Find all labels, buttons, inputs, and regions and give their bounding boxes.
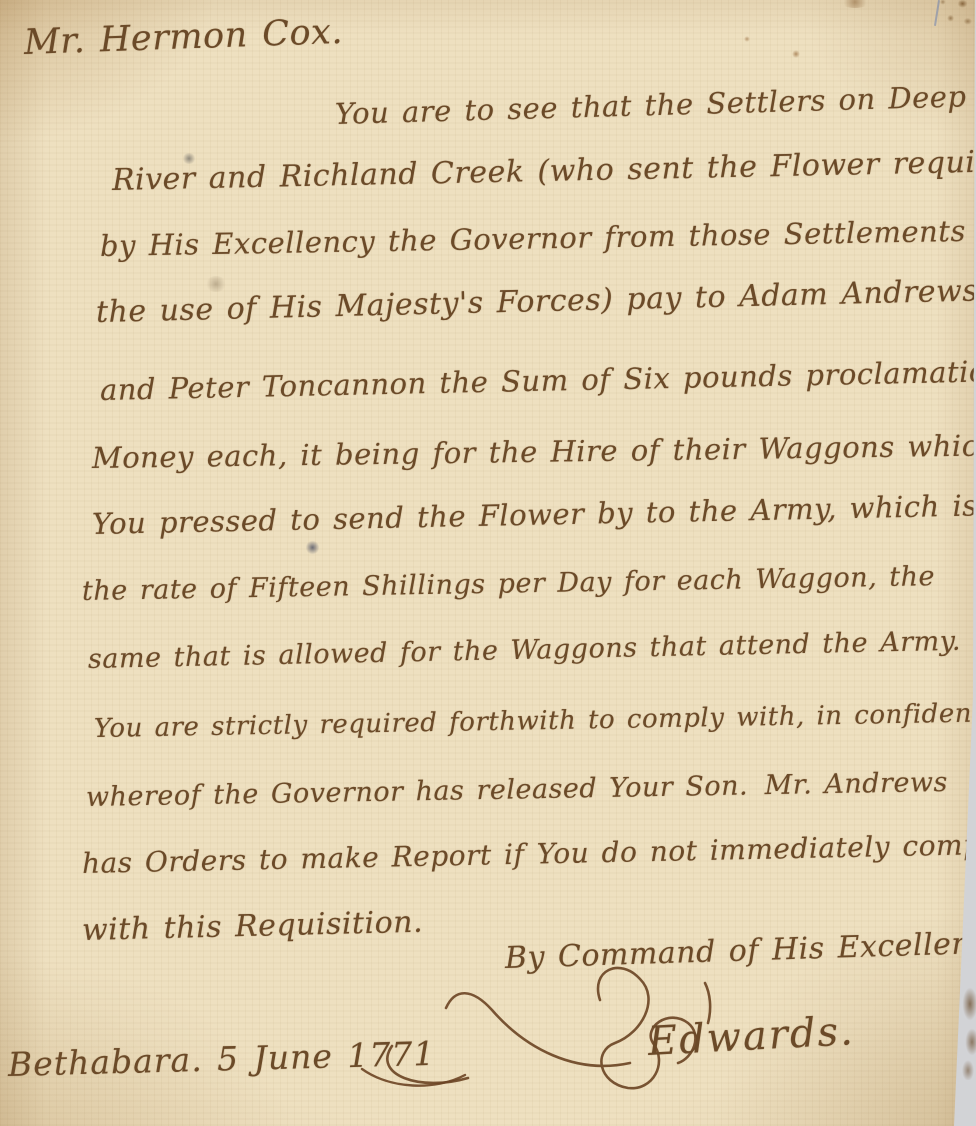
letter-line: Money each, it being for the Hire of the…: [92, 431, 976, 473]
stain: [792, 50, 800, 58]
letter-line: You are strictly required forthwith to c…: [94, 700, 976, 742]
letter-recipient: Mr. Hermon Cox.: [23, 15, 343, 61]
letter-line: with this Requisition.: [82, 908, 424, 946]
letter-line: the use of His Majesty's Forces) pay to …: [96, 276, 976, 328]
dateline-flourish: [360, 1055, 470, 1095]
letter-line: whereof the Governor has released Your S…: [86, 769, 948, 811]
corner-stain: [922, 0, 974, 38]
letter-line: the rate of Fifteen Shillings per Day fo…: [82, 563, 935, 605]
scanned-letter-page: Mr. Hermon Cox. You are to see that the …: [0, 0, 976, 1126]
stain: [205, 276, 227, 292]
signature-name: Edwards.: [647, 1011, 856, 1062]
edge-stain: [956, 985, 976, 1080]
stain: [840, 0, 870, 8]
letter-line: has Orders to make Report if You do not …: [82, 831, 976, 878]
letter-line-part: whereof the Governor has released Your S…: [86, 772, 749, 811]
stain: [182, 153, 196, 164]
letter-closing: By Command of His Excellency: [505, 928, 976, 974]
letter-line: River and Richland Creek (who sent the F…: [112, 147, 976, 196]
ink-blot: [306, 540, 319, 555]
stain: [744, 36, 750, 42]
letter-line: You are to see that the Settlers on Deep: [335, 82, 967, 129]
letter-line: and Peter Toncannon the Sum of Six pound…: [100, 357, 976, 405]
letter-line: same that is allowed for the Waggons tha…: [88, 626, 976, 673]
letter-line: You pressed to send the Flower by to the…: [92, 491, 976, 539]
letter-line-part: Mr. Andrews: [764, 769, 948, 799]
letter-line: by His Excellency the Governor from thos…: [100, 216, 976, 261]
